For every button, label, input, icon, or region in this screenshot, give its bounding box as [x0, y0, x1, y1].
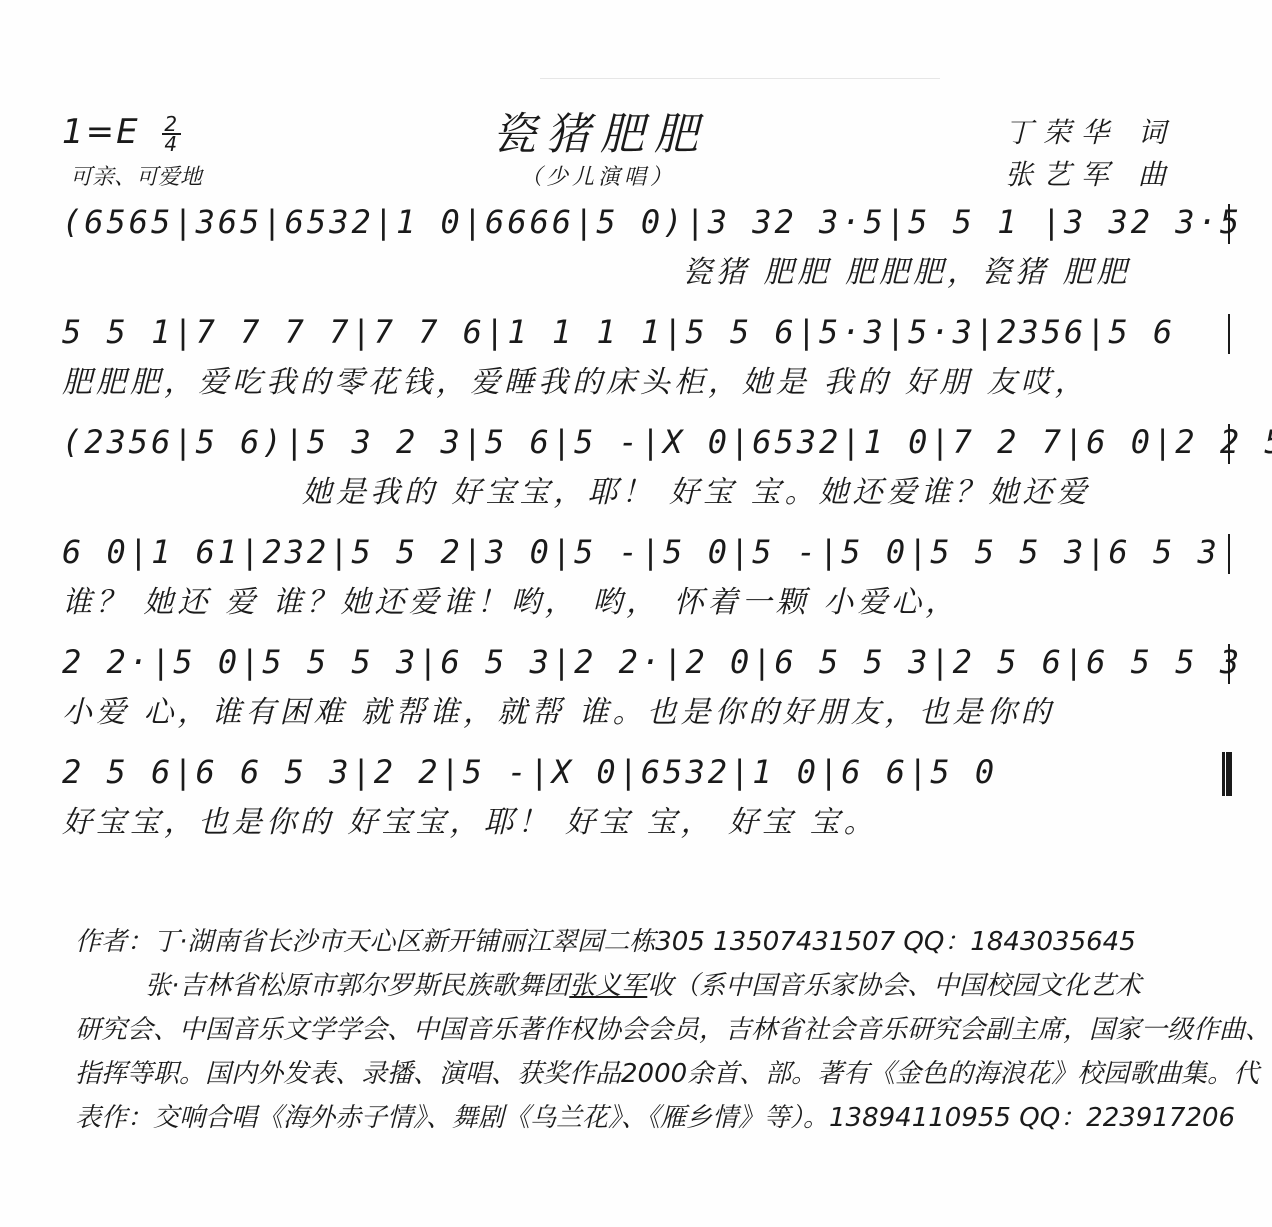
system-2: 5 5 1|7 7 7 7|7 7 6|1 1 1 1|5 5 6|5·3|5·… — [62, 308, 1222, 406]
footer-line-3: 研究会、中国音乐文学学会、中国音乐著作权协会会员，吉林省社会音乐研究会副主席，国… — [75, 1008, 1225, 1052]
system-6: 2 5 6|6 6 5 3|2 2|5 -|X 0|6532|1 0|6 6|5… — [62, 748, 1222, 846]
tempo-marking: 可亲、可爱地 — [70, 160, 202, 191]
song-title: 瓷猪肥肥 — [492, 98, 708, 162]
time-signature: 2 4 — [162, 115, 181, 153]
score-sheet: 1=E 2 4 可亲、可爱地 瓷猪肥肥 （少儿演唱） 丁荣华 词 张艺军 曲 (… — [0, 0, 1272, 1227]
footer-line-2: 张·吉林省松原市郭尔罗斯民族歌舞团张义军收（系中国音乐家协会、中国校园文化艺术 — [75, 964, 1225, 1008]
system-5: 2 2·|5 0|5 5 5 3|6 5 3|2 2·|2 0|6 5 5 3|… — [62, 638, 1222, 736]
barline — [1228, 204, 1230, 244]
lyricist: 丁荣华 词 — [1005, 112, 1176, 154]
footer-line-2-suffix: 收（系中国音乐家协会、中国校园文化艺术 — [647, 971, 1141, 1001]
barline — [1228, 314, 1230, 354]
footer-line-5: 表作：交响合唱《海外赤子情》、舞剧《乌兰花》、《雁乡情》等）。138941109… — [75, 1096, 1225, 1140]
notation-line: (6565|365|6532|1 0|6666|5 0)|3 32 3·5|5 … — [62, 198, 1222, 246]
recipient-name: 张义军 — [569, 971, 647, 1001]
author-info: 作者：丁·湖南省长沙市天心区新开铺丽江翠园二栋305 13507431507 Q… — [75, 920, 1225, 1140]
credits: 丁荣华 词 张艺军 曲 — [1005, 112, 1176, 196]
song-subtitle: （少儿演唱） — [520, 160, 676, 191]
lyrics-line: 瓷猪 肥肥 肥肥肥，瓷猪 肥肥 — [62, 250, 1222, 296]
notes-text: 2 5 6|6 6 5 3|2 2|5 -|X 0|6532|1 0|6 6|5… — [62, 753, 997, 791]
system-1: (6565|365|6532|1 0|6666|5 0)|3 32 3·5|5 … — [62, 198, 1222, 296]
top-rule-line — [540, 78, 940, 79]
notation-line: 2 2·|5 0|5 5 5 3|6 5 3|2 2·|2 0|6 5 5 3|… — [62, 638, 1222, 686]
lyrics-line: 肥肥肥，爱吃我的零花钱，爱睡我的床头柜，她是 我的 好朋 友哎， — [62, 360, 1222, 406]
notes-text: (6565|365|6532|1 0|6666|5 0)|3 32 3·5|5 … — [62, 203, 1242, 241]
lyrics-line: 小爱 心，谁有困难 就帮谁，就帮 谁。也是你的好朋友，也是你的 — [62, 690, 1222, 736]
notes-text: 2 2·|5 0|5 5 5 3|6 5 3|2 2·|2 0|6 5 5 3|… — [62, 643, 1242, 681]
lyrics-line: 她是我的 好宝宝，耶！ 好宝 宝。她还爱谁？她还爱 — [62, 470, 1222, 516]
notation-line: 6 0|1 61|232|5 5 2|3 0|5 -|5 0|5 -|5 0|5… — [62, 528, 1222, 576]
lyrics-line: 谁？ 她还 爱 谁？她还爱谁！哟， 哟， 怀着一颗 小爱心， — [62, 580, 1222, 626]
final-double-barline — [1222, 752, 1232, 796]
footer-line-4: 指挥等职。国内外发表、录播、演唱、获奖作品2000余首、部。著有《金色的海浪花》… — [75, 1052, 1225, 1096]
time-denominator: 4 — [162, 135, 181, 153]
notes-text: (2356|5 6)|5 3 2 3|5 6|5 -|X 0|6532|1 0|… — [62, 423, 1272, 461]
key-text: 1=E — [62, 112, 140, 152]
system-4: 6 0|1 61|232|5 5 2|3 0|5 -|5 0|5 -|5 0|5… — [62, 528, 1222, 626]
key-signature: 1=E 2 4 — [62, 112, 181, 153]
barline — [1228, 424, 1230, 464]
notation-line: 2 5 6|6 6 5 3|2 2|5 -|X 0|6532|1 0|6 6|5… — [62, 748, 1222, 796]
notation-line: 5 5 1|7 7 7 7|7 7 6|1 1 1 1|5 5 6|5·3|5·… — [62, 308, 1222, 356]
notes-text: 5 5 1|7 7 7 7|7 7 6|1 1 1 1|5 5 6|5·3|5·… — [62, 313, 1175, 351]
footer-line-1: 作者：丁·湖南省长沙市天心区新开铺丽江翠园二栋305 13507431507 Q… — [75, 920, 1225, 964]
barline — [1228, 644, 1230, 684]
notation-line: (2356|5 6)|5 3 2 3|5 6|5 -|X 0|6532|1 0|… — [62, 418, 1222, 466]
composer: 张艺军 曲 — [1005, 154, 1176, 196]
footer-line-2-prefix: 张·吉林省松原市郭尔罗斯民族歌舞团 — [145, 971, 569, 1001]
notes-text: 6 0|1 61|232|5 5 2|3 0|5 -|5 0|5 -|5 0|5… — [62, 533, 1220, 571]
system-3: (2356|5 6)|5 3 2 3|5 6|5 -|X 0|6532|1 0|… — [62, 418, 1222, 516]
lyrics-line: 好宝宝，也是你的 好宝宝，耶！ 好宝 宝， 好宝 宝。 — [62, 800, 1222, 846]
barline — [1228, 534, 1230, 574]
